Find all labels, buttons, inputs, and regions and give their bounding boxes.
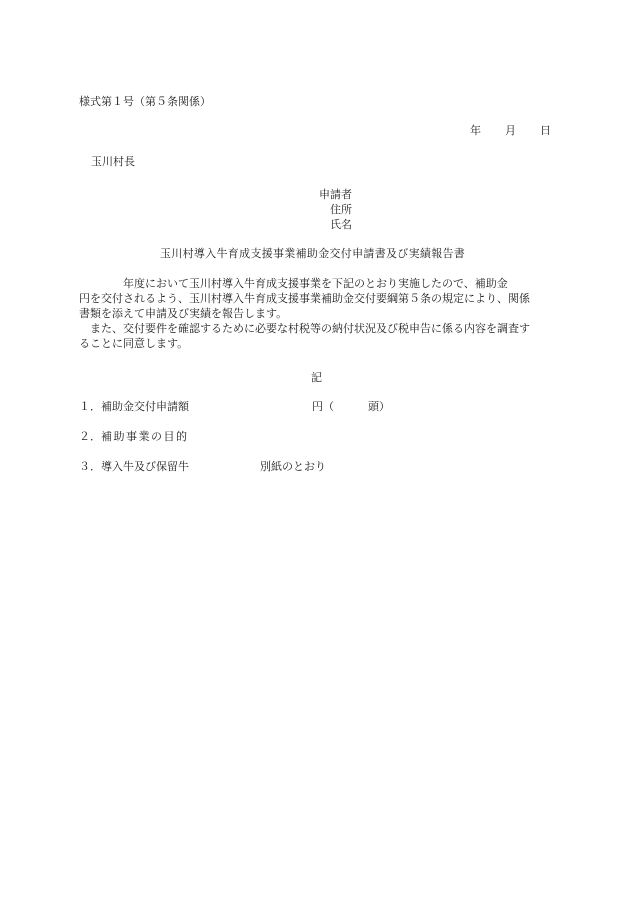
ki-heading: 記 [311,371,322,385]
body-paragraph: 年度において玉川村導入牛育成支援事業を下記のとおり実施したので、補助金 円を交付… [79,276,555,351]
item-purpose: ２．補助事業の目的 [79,430,189,444]
date-day-label: 日 [540,124,551,138]
amount-field: 円（頭） [312,400,390,414]
date-year-label: 年 [470,124,481,138]
form-number: 様式第１号（第５条関係） [79,95,211,109]
yen-label: 円（ [312,400,334,413]
date-line: 年月日 [470,124,551,138]
head-count-label: 頭） [368,400,390,413]
item-note: 別紙のとおり [260,460,326,474]
item-label: 補助事業の目的 [101,430,189,443]
item-label: 補助金交付申請額 [101,400,189,413]
item-cattle: ３．導入牛及び保留牛 別紙のとおり [79,460,189,474]
body-line-5: ることに同意します。 [79,336,555,351]
applicant-block: 申請者 住所 氏名 [319,187,352,232]
body-line-2: 円を交付されるよう、玉川村導入牛育成支援事業補助金交付要綱第５条の規定により、関… [79,291,555,306]
body-line-4: また、交付要件を確認するために必要な村税等の納付状況及び税申告に係る内容を調査す [79,321,555,336]
body-line-3: 書類を添えて申請及び実績を報告します。 [79,306,555,321]
document-title: 玉川村導入牛育成支援事業補助金交付申請書及び実績報告書 [160,247,465,261]
item-number: １． [79,400,101,413]
item-label: 導入牛及び保留牛 [101,460,189,473]
body-line-1: 年度において玉川村導入牛育成支援事業を下記のとおり実施したので、補助金 [79,276,555,291]
date-month-label: 月 [505,124,516,138]
applicant-label: 申請者 [319,187,352,202]
item-number: ２． [79,430,101,443]
document-page: 様式第１号（第５条関係） 年月日 玉川村長 申請者 住所 氏名 玉川村導入牛育成… [0,0,630,903]
item-number: ３． [79,460,101,473]
applicant-address-label: 住所 [319,202,352,217]
applicant-name-label: 氏名 [319,217,352,232]
item-application-amount: １．補助金交付申請額 円（頭） [79,400,189,414]
addressee: 玉川村長 [91,155,135,169]
